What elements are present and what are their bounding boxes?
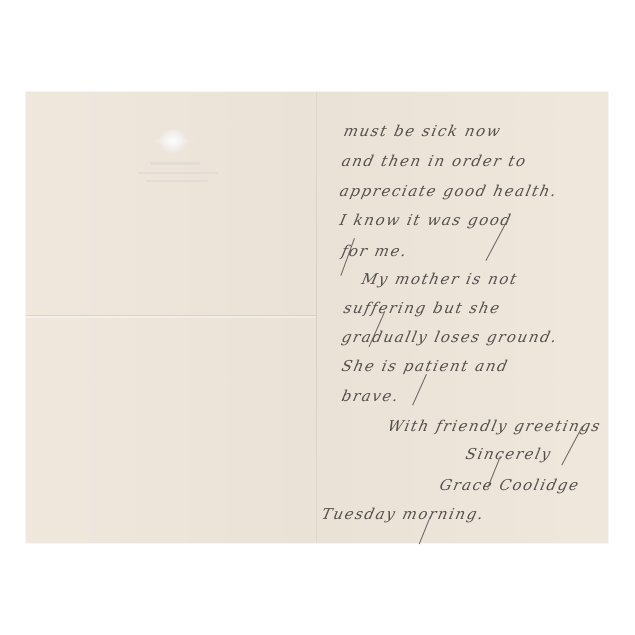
handwritten-line: I know it was good [338, 211, 514, 229]
letter-body: must be sick now and then in order to ap… [330, 106, 610, 546]
handwritten-line: She is patient and [340, 357, 510, 375]
letter-sheet: must be sick now and then in order to ap… [26, 92, 608, 543]
pen-stroke [412, 374, 427, 405]
letterhead-text-line [146, 180, 208, 182]
handwritten-line: appreciate good health. [338, 182, 559, 200]
letterhead-text-line [150, 162, 200, 165]
page-fold-vertical [316, 92, 317, 543]
dateline: Tuesday morning. [320, 505, 486, 523]
letterhead-text-line [138, 172, 218, 174]
handwritten-line: and then in order to [340, 152, 529, 170]
signature: Grace Coolidge [438, 476, 582, 494]
handwritten-line: must be sick now [342, 122, 503, 140]
greeting-line: With friendly greetings [386, 417, 603, 435]
handwritten-line: suffering but she [342, 299, 503, 317]
page-fold-highlight [26, 316, 316, 318]
embossed-seal-icon [160, 130, 186, 154]
letterhead [138, 130, 238, 200]
handwritten-line: brave. [340, 387, 401, 405]
handwritten-line: My mother is not [360, 270, 520, 288]
closing-line: Sincerely [464, 445, 554, 463]
